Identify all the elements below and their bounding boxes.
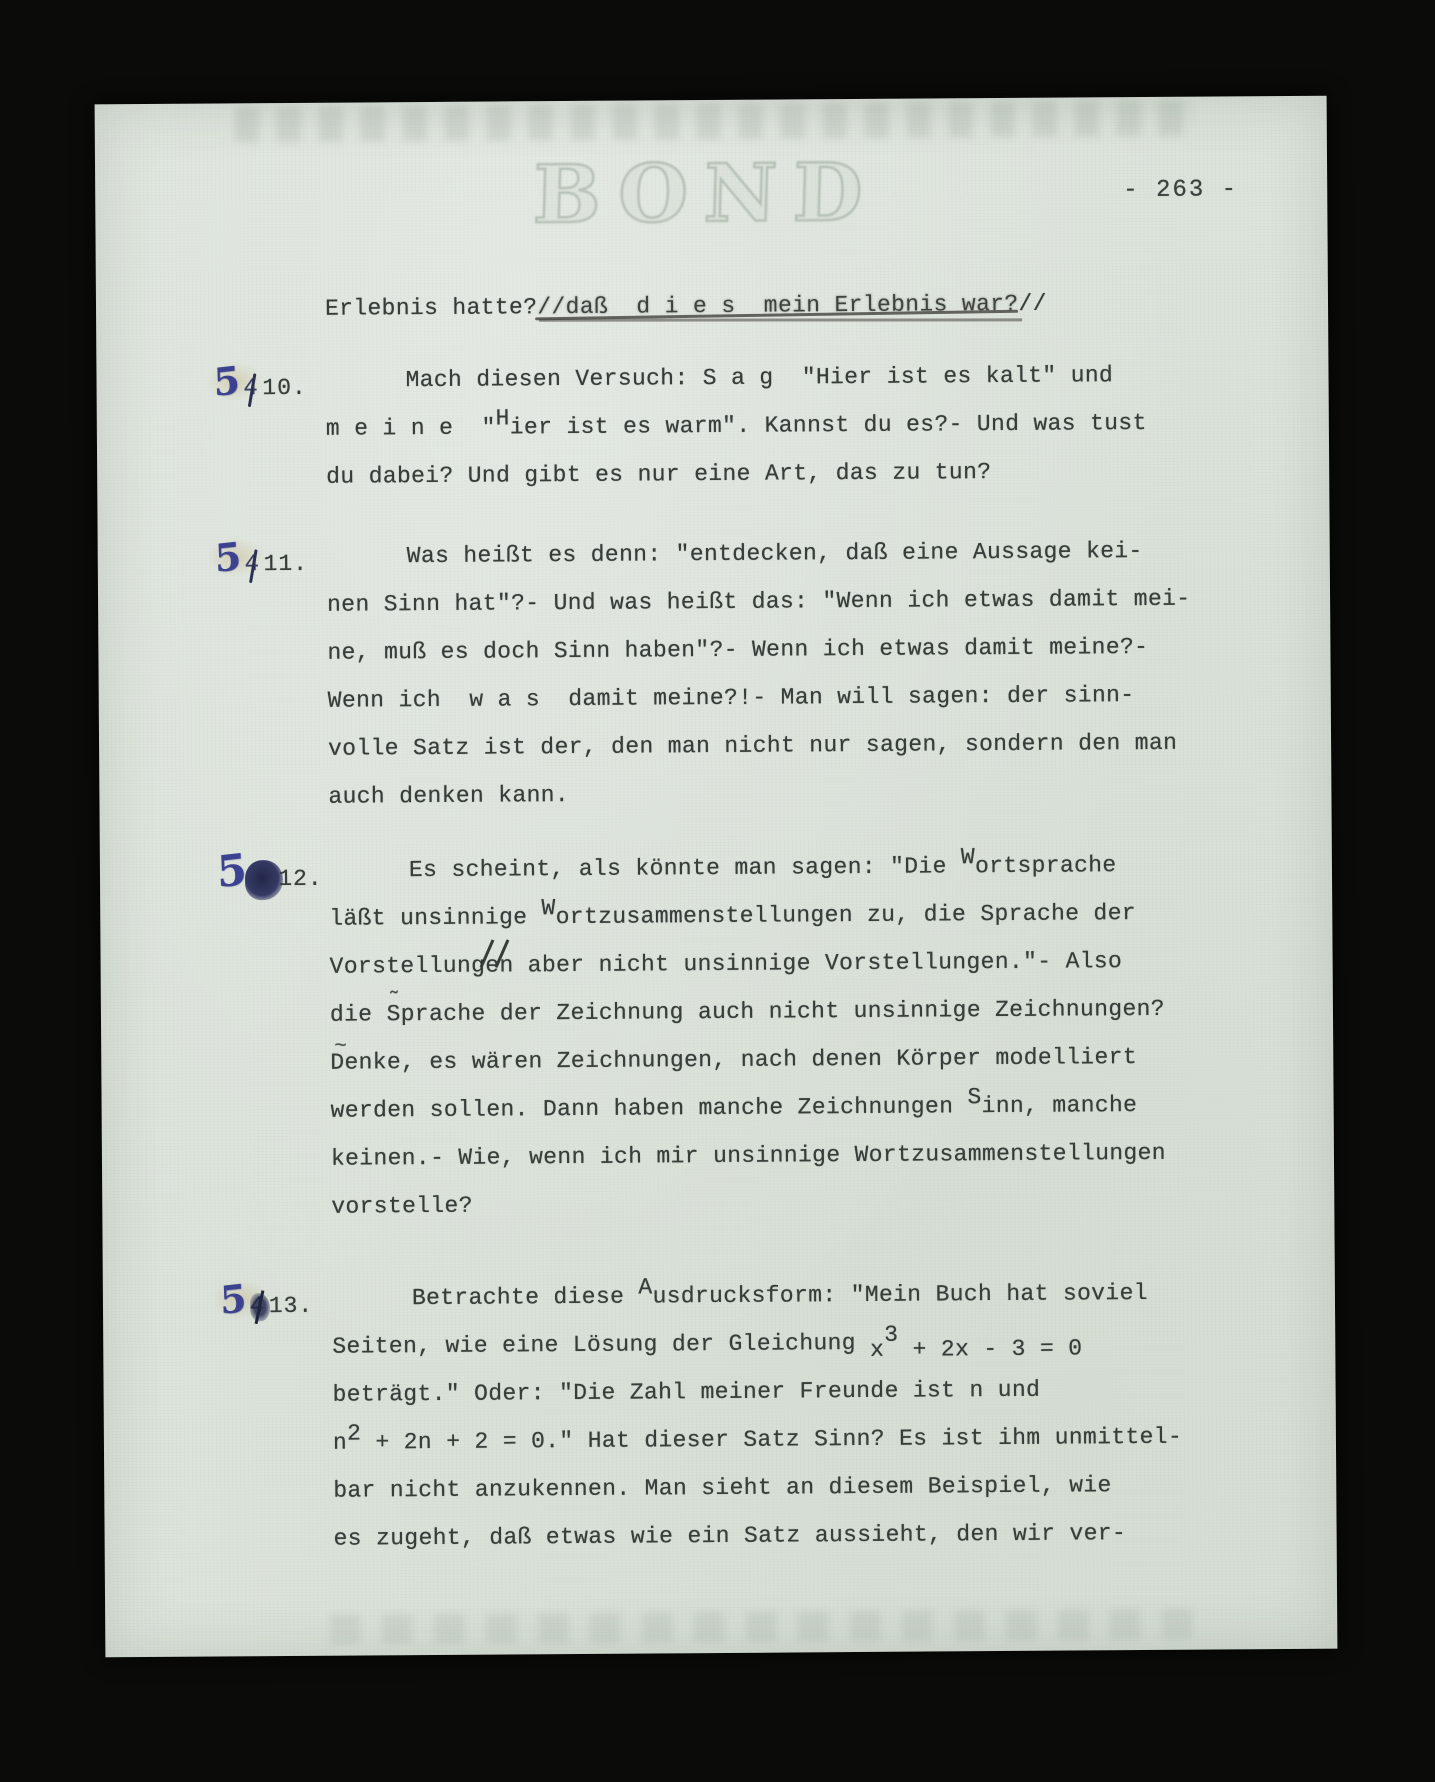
text-segment: Betrachte diese	[412, 1284, 639, 1312]
typed-text-block: Erlebnis hatte?//daß d i e s mein Erlebn…	[325, 278, 1324, 1563]
text-line: Denke, es wären Zeichnungen, nach denen …	[330, 1032, 1320, 1087]
text-line: bar nicht anzukennen. Man sieht an diese…	[333, 1460, 1323, 1515]
text-segment: + 2x - 3 = 0	[898, 1324, 1082, 1373]
ink-blot: 4	[250, 856, 276, 904]
text-line: ne, muß es doch Sinn haben"?- Wenn ich e…	[327, 622, 1317, 677]
text-line: Vorstellungen aber nicht unsinnige Vorst…	[329, 936, 1319, 991]
text-segment: W	[961, 833, 975, 881]
text-line: werden sollen. Dann haben manche Zeichnu…	[330, 1080, 1320, 1135]
text-segment: ortzusammenstellungen zu, die Sprache de…	[556, 900, 1136, 930]
text-segment: + 2n + 2 = 0." Hat dieser Satz Sinn? Es …	[361, 1424, 1182, 1456]
text-line: es zugeht, daß etwas wie ein Satz aussie…	[333, 1508, 1323, 1563]
text-segment: S	[386, 990, 400, 1038]
text-segment: x	[870, 1326, 884, 1374]
remark-510: 5410.Mach diesen Versuch: S a g "Hier is…	[325, 350, 1316, 501]
text-line: keinen.- Wie, wenn ich mir unsinnige Wor…	[331, 1128, 1321, 1183]
text-segment: auch denken kann.	[328, 782, 569, 810]
text-segment: nke, es wären Zeichnungen, nach denen Kö…	[359, 1044, 1138, 1075]
text-line: Mach diesen Versuch: S a g "Hier ist es …	[325, 350, 1315, 405]
remark-number-511: 5411.	[215, 533, 309, 582]
text-line: nen Sinn hat"?- Und was heißt das: "Wenn…	[327, 574, 1317, 629]
text-segment: ier ist es warm". Kannst du es?- Und was…	[510, 410, 1147, 440]
text-line: n2 + 2n + 2 = 0." Hat dieser Satz Sinn? …	[333, 1412, 1323, 1467]
text-line: Wenn ich w a s damit meine?!- Man will s…	[328, 670, 1318, 725]
text-segment: 2	[347, 1409, 361, 1457]
text-line: Es scheint, als könnte man sagen: "Die W…	[329, 840, 1319, 895]
remark-513: 5413.Betrachte diese Ausdrucksform: "Mei…	[332, 1268, 1324, 1563]
text-segment: es zugeht, daß etwas wie ein Satz aussie…	[334, 1520, 1127, 1552]
text-segment: A	[638, 1263, 652, 1311]
text-segment: läßt unsinnige	[329, 904, 541, 931]
page-number: - 263 -	[1123, 176, 1238, 204]
text-segment: Wenn ich w a s damit meine?!- Man will s…	[328, 682, 1135, 714]
text-segment: Erlebnis hatte?	[325, 294, 537, 321]
text-segment: 3	[884, 1311, 898, 1359]
typed-remark-number: 12.	[278, 866, 323, 892]
text-segment: W	[541, 884, 555, 932]
remark-number-513: 5413.	[220, 1275, 314, 1324]
remark-512: 5412.Es scheint, als könnte man sagen: "…	[329, 840, 1322, 1231]
cancelled-four: 4	[243, 365, 260, 413]
text-segment: Mach diesen Versuch: S a g "Hier ist es …	[405, 362, 1113, 393]
intro-line: Erlebnis hatte?//daß d i e s mein Erlebn…	[325, 278, 1315, 333]
remark-number-512: 5412.	[217, 847, 323, 896]
handwritten-five: 5	[213, 356, 242, 407]
bond-watermark: BOND	[532, 145, 880, 241]
bleedthrough-top	[235, 100, 1195, 143]
text-segment: Seiten, wie eine Lösung der Gleichung	[332, 1330, 870, 1360]
typed-remark-number: 11.	[264, 551, 309, 577]
remark-number-510: 5410.	[213, 357, 307, 406]
text-line: vorstelle?	[331, 1176, 1321, 1231]
text-segment: usdrucksform: "Mein Buch hat soviel	[652, 1280, 1148, 1309]
text-segment: //	[1018, 291, 1046, 317]
text-segment: ortsprache	[975, 852, 1117, 879]
text-segment: bar nicht anzukennen. Man sieht an diese…	[333, 1472, 1112, 1503]
text-segment: prache der Zeichnung auch nicht unsinnig…	[401, 996, 1165, 1027]
text-line: auch denken kann.	[328, 766, 1318, 821]
struck-text: //daß d i e s mein Erlebnis war?	[537, 291, 1018, 320]
text-segment: en	[485, 941, 514, 989]
text-segment: du dabei? Und gibt es nur eine Art, das …	[326, 459, 991, 490]
text-line: Was heißt es denn: "entdecken, daß eine …	[327, 526, 1317, 581]
handwritten-five: 5	[219, 1274, 248, 1325]
text-line: die Sprache der Zeichnung auch nicht uns…	[330, 984, 1320, 1039]
typed-remark-number: 13.	[269, 1293, 314, 1319]
manuscript-page: BOND - 263 - Erlebnis hatte?//daß d i e …	[95, 96, 1338, 1658]
text-segment: n	[333, 1430, 347, 1456]
text-segment: werden sollen. Dann haben manche Zeichnu…	[331, 1093, 968, 1123]
handwritten-five: 5	[216, 846, 248, 897]
text-line: läßt unsinnige Wortzusammenstellungen zu…	[329, 888, 1319, 943]
text-segment: H	[495, 394, 509, 442]
text-segment: vorstelle?	[331, 1193, 473, 1220]
text-segment: De	[330, 1039, 359, 1087]
text-line: volle Satz ist der, den man nicht nur sa…	[328, 718, 1318, 773]
text-line: beträgt." Oder: "Die Zahl meiner Freunde…	[332, 1364, 1322, 1419]
text-segment: inn, manche	[982, 1092, 1138, 1119]
text-segment: beträgt." Oder: "Die Zahl meiner Freunde…	[333, 1377, 1041, 1408]
text-segment: Was heißt es denn: "entdecken, daß eine …	[407, 538, 1143, 569]
text-segment: S	[967, 1073, 981, 1121]
text-segment: volle Satz ist der, den man nicht nur sa…	[328, 730, 1177, 762]
remark-511: 5411.Was heißt es denn: "entdecken, daß …	[327, 526, 1319, 821]
text-segment: aber nicht unsinnige Vorstellungen."- Al…	[514, 948, 1123, 978]
cancelled-four: 4	[250, 1283, 267, 1331]
bleedthrough-bottom	[330, 1609, 1200, 1645]
typed-remark-number: 10.	[262, 375, 307, 401]
text-segment: ne, muß es doch Sinn haben"?- Wenn ich e…	[327, 634, 1148, 666]
text-segment: Es scheint, als könnte man sagen: "Die	[409, 853, 961, 883]
text-line: Seiten, wie eine Lösung der Gleichung x3…	[332, 1316, 1322, 1371]
handwritten-five: 5	[214, 532, 243, 583]
photo-background: { "page": { "page_number": "- 263 -", "w…	[0, 0, 1435, 1782]
text-line: m e i n e "Hier ist es warm". Kannst du …	[326, 398, 1316, 453]
text-segment: Vorstellung	[330, 953, 486, 980]
text-segment: nen Sinn hat"?- Und was heißt das: "Wenn…	[327, 586, 1190, 618]
text-line: du dabei? Und gibt es nur eine Art, das …	[326, 446, 1316, 501]
cancelled-four: 4	[244, 541, 261, 589]
text-line: Betrachte diese Ausdrucksform: "Mein Buc…	[332, 1268, 1322, 1323]
text-segment: keinen.- Wie, wenn ich mir unsinnige Wor…	[331, 1140, 1166, 1172]
text-segment: m e i n e "	[326, 415, 496, 442]
